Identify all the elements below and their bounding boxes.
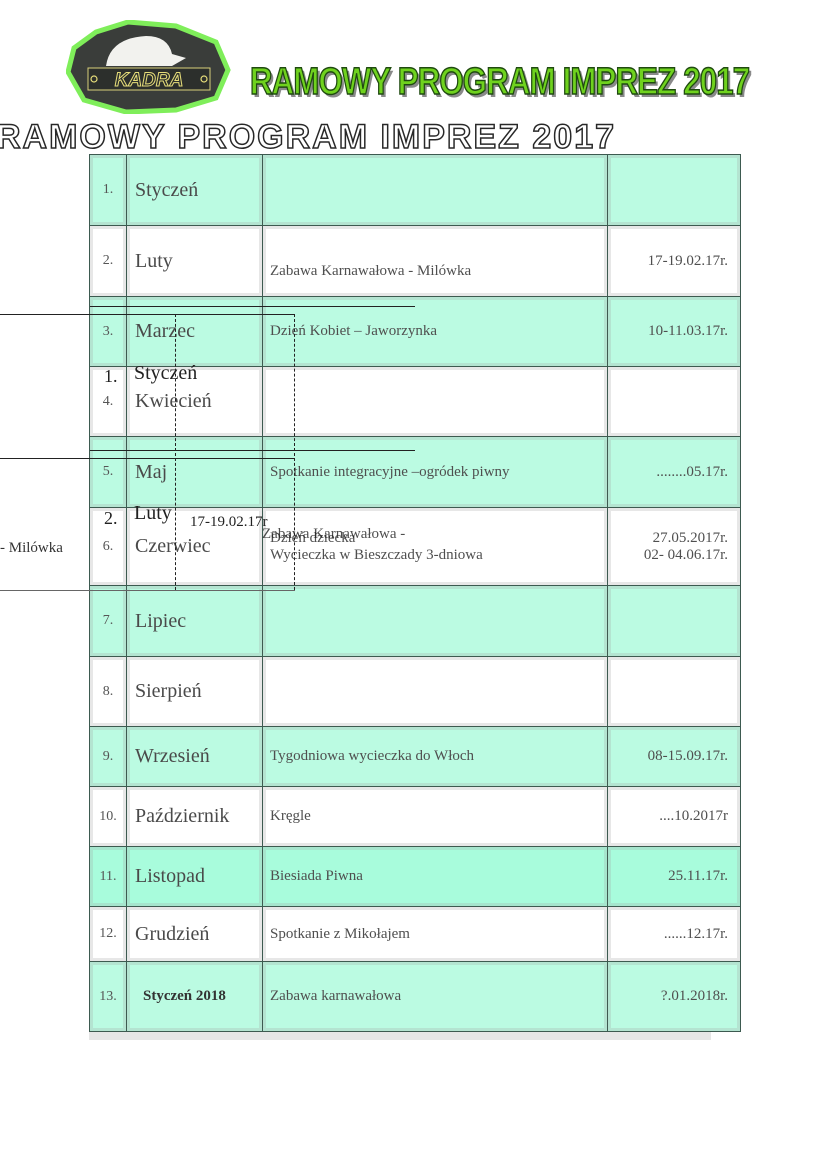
row-number: 1. (90, 155, 127, 226)
row-number: 12. (90, 907, 127, 962)
svg-text:KADRA: KADRA (115, 70, 184, 91)
row-number: 9. (90, 727, 127, 787)
row-month: Listopad (127, 847, 263, 907)
row-event: Kręgle (263, 787, 608, 847)
row-month: Wrzesień (127, 727, 263, 787)
row-number: 6. (90, 508, 127, 586)
row-date (608, 657, 741, 727)
row-number: 10. (90, 787, 127, 847)
row-event: Dzień dzieckaWycieczka w Bieszczady 3-dn… (263, 508, 608, 586)
row-event (263, 155, 608, 226)
row-number: 3. (90, 297, 127, 367)
row-month: Październik (127, 787, 263, 847)
row-event (263, 367, 608, 437)
ghost-rule (0, 458, 295, 459)
ghost-title-artifact: RAMOWY PROGRAM IMPREZ 2017 (0, 122, 616, 152)
table-row: 8.Sierpień (90, 657, 741, 727)
row-event: Tygodniowa wycieczka do Włoch (263, 727, 608, 787)
row-month: Styczeń (127, 155, 263, 226)
row-date: ........05.17r. (608, 437, 741, 508)
table-row: 3.MarzecDzień Kobiet – Jaworzynka10-11.0… (90, 297, 741, 367)
row-event (263, 657, 608, 727)
ghost-rule (90, 306, 415, 307)
kadra-logo: KADRA (66, 20, 232, 114)
row-date: 25.11.17r. (608, 847, 741, 907)
row-month: Styczeń 2018 (127, 962, 263, 1032)
ghost-rule (0, 314, 295, 315)
row-date (608, 367, 741, 437)
row-date: 17-19.02.17r. (608, 226, 741, 297)
table-row: 11.ListopadBiesiada Piwna25.11.17r. (90, 847, 741, 907)
ghost-divider (294, 314, 295, 590)
row-number: 4. (90, 367, 127, 437)
row-date-line: 27.05.2017r. (608, 530, 728, 547)
table-row: 2.LutyZabawa Karnawałowa - Milówka17-19.… (90, 226, 741, 297)
row-event: Zabawa Karnawałowa - Milówka (263, 226, 608, 297)
row-date: 08-15.09.17r. (608, 727, 741, 787)
row-date: ?.01.2018r. (608, 962, 741, 1032)
row-number: 11. (90, 847, 127, 907)
table-row: 12.GrudzieńSpotkanie z Mikołajem......12… (90, 907, 741, 962)
row-month: Luty (127, 226, 263, 297)
table-row: 7.Lipiec (90, 586, 741, 657)
row-month: Kwiecień (127, 367, 263, 437)
row-event: Dzień Kobiet – Jaworzynka (263, 297, 608, 367)
row-date: ......12.17r. (608, 907, 741, 962)
row-date: 27.05.2017r.02- 04.06.17r. (608, 508, 741, 586)
row-event (263, 586, 608, 657)
row-number: 2. (90, 226, 127, 297)
row-date (608, 155, 741, 226)
table-row: 1.Styczeń (90, 155, 741, 226)
row-event: Spotkanie z Mikołajem (263, 907, 608, 962)
row-event: Spotkanie integracyjne –ogródek piwny (263, 437, 608, 508)
page-title: RAMOWY PROGRAM IMPREZ 2017 (250, 58, 611, 106)
row-event-line: Wycieczka w Bieszczady 3-dniowa (270, 547, 607, 564)
row-date: 10-11.03.17r. (608, 297, 741, 367)
row-date (608, 586, 741, 657)
ghost-rule (0, 590, 295, 591)
row-event: Zabawa karnawałowa (263, 962, 608, 1032)
table-row: 10.PaździernikKręgle....10.2017r (90, 787, 741, 847)
ghost-left-fragment: - Milówka (0, 540, 63, 557)
table-row: 9.WrzesieńTygodniowa wycieczka do Włoch0… (90, 727, 741, 787)
row-month: Sierpień (127, 657, 263, 727)
row-month: Grudzień (127, 907, 263, 962)
table-row: 5.MajSpotkanie integracyjne –ogródek piw… (90, 437, 741, 508)
row-number: 7. (90, 586, 127, 657)
row-event: Biesiada Piwna (263, 847, 608, 907)
row-month: Lipiec (127, 586, 263, 657)
row-event-line: Dzień dziecka (270, 530, 607, 547)
program-table: 1.Styczeń2.LutyZabawa Karnawałowa - Miló… (89, 154, 711, 1040)
table-row: 6.CzerwiecDzień dzieckaWycieczka w Biesz… (90, 508, 741, 586)
row-month: Maj (127, 437, 263, 508)
row-date-line: 02- 04.06.17r. (608, 547, 728, 564)
ghost-rule (90, 450, 415, 451)
row-date: ....10.2017r (608, 787, 741, 847)
row-month: Czerwiec (127, 508, 263, 586)
table-row: 13.Styczeń 2018Zabawa karnawałowa?.01.20… (90, 962, 741, 1032)
row-month: Marzec (127, 297, 263, 367)
row-number: 8. (90, 657, 127, 727)
table-row: 4.Kwiecień (90, 367, 741, 437)
row-number: 5. (90, 437, 127, 508)
row-number: 13. (90, 962, 127, 1032)
ghost-divider (175, 314, 176, 590)
